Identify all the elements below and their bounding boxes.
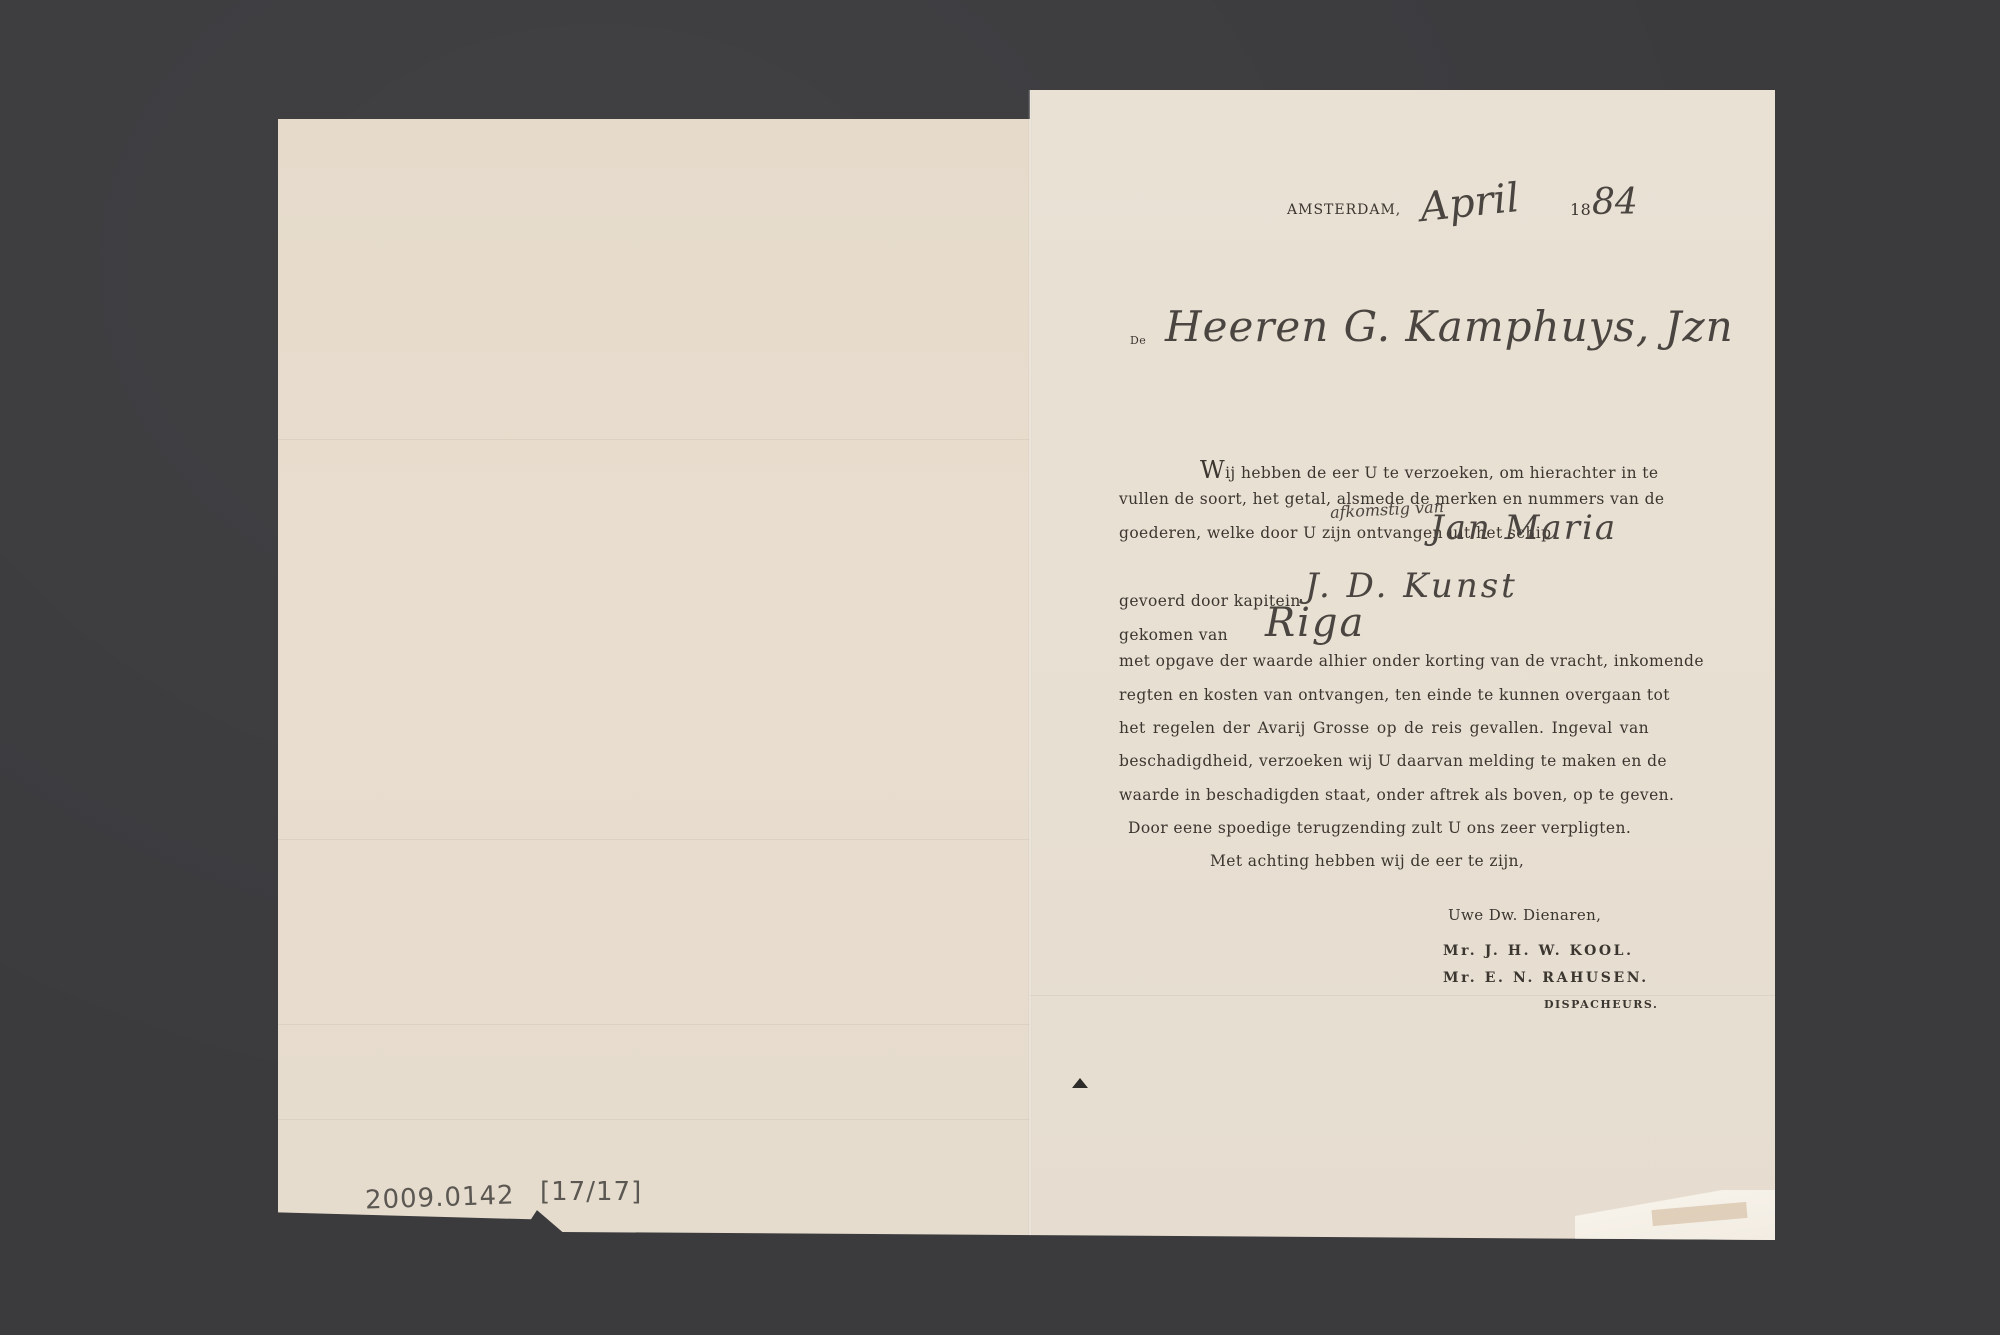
signer-2: Mr. E. N. RAHUSEN. xyxy=(1443,970,1649,986)
handwritten-addressee: Heeren G. Kamphuys, Jzn xyxy=(1165,302,1734,351)
signer-title: DISPACHEURS. xyxy=(1544,998,1658,1011)
place-heading: AMSTERDAM, xyxy=(1287,202,1401,218)
body-line-10: waarde in beschadigden staat, onder aftr… xyxy=(1119,786,1649,804)
body-line-5: gekomen van xyxy=(1119,626,1228,644)
accession-number: 2009.0142 xyxy=(365,1180,516,1215)
handwritten-year-suffix: 84 xyxy=(1592,182,1638,223)
body-line-7: regten en kosten van ontvangen, ten eind… xyxy=(1119,686,1649,704)
paper-damage-mark xyxy=(1072,1078,1088,1088)
body-line-8: het regelen der Avarij Grosse op de reis… xyxy=(1119,719,1649,737)
body-line-1: Wij hebben de eer U te verzoeken, om hie… xyxy=(1200,456,1650,484)
signature-salutation: Uwe Dw. Dienaren, xyxy=(1448,906,1601,924)
year-prefix: 18 xyxy=(1570,200,1591,219)
center-fold xyxy=(1028,90,1032,1240)
body-text: ij hebben de eer U te verzoeken, om hier… xyxy=(1225,464,1658,482)
page-marker: [17/17] xyxy=(540,1177,642,1207)
addressee-prefix: De xyxy=(1130,334,1146,347)
drop-initial: W xyxy=(1200,456,1225,484)
body-line-11: Door eene spoedige terugzending zult U o… xyxy=(1128,819,1631,837)
left-blank-page xyxy=(278,119,1030,1240)
body-line-6: met opgave der waarde alhier onder korti… xyxy=(1119,652,1649,670)
handwritten-ship-name: Jan Maria xyxy=(1430,508,1617,548)
body-line-9: beschadigdheid, verzoeken wij U daarvan … xyxy=(1119,752,1649,770)
closing-line: Met achting hebben wij de eer te zijn, xyxy=(1210,852,1524,870)
signer-1: Mr. J. H. W. KOOL. xyxy=(1443,943,1634,959)
handwritten-origin: Riga xyxy=(1265,600,1365,646)
